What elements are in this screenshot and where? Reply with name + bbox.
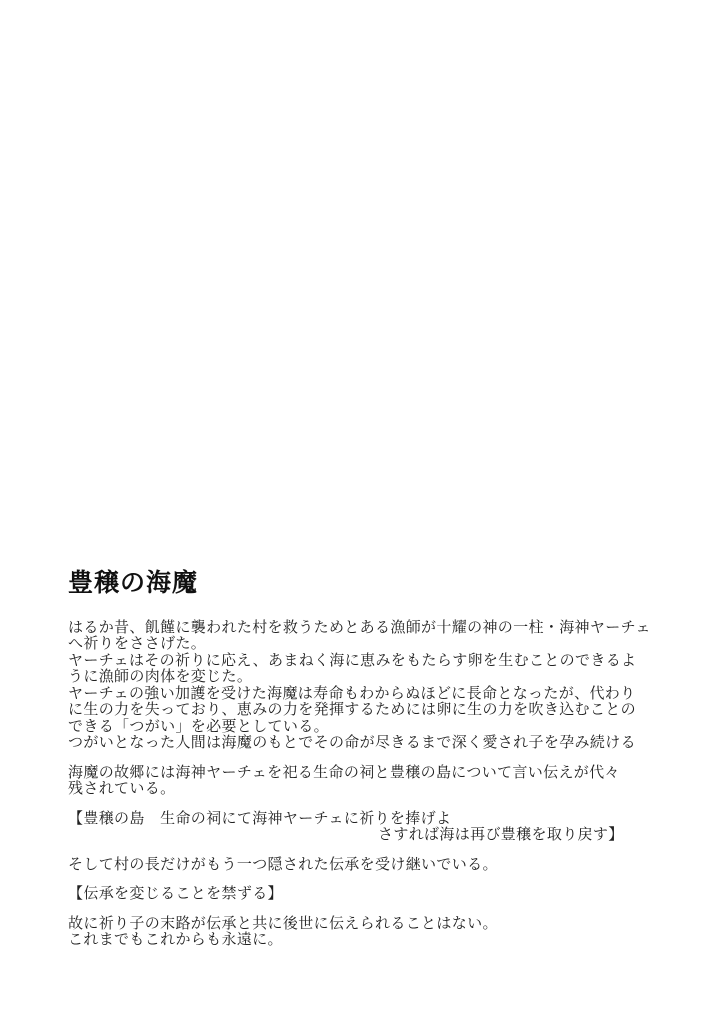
- paragraph-hidden-lore: そして村の長だけがもう一つ隠された伝承を受け継いでいる。: [68, 857, 688, 874]
- text-line: 【豊穣の島 生命の祠にて海神ヤーチェに祈りを捧げよ: [68, 811, 688, 828]
- text-line: 海魔の故郷には海神ヤーチェを祀る生命の祠と豊穣の島について言い伝えが代々: [68, 765, 688, 782]
- paragraph-legend-quote: 【豊穣の島 生命の祠にて海神ヤーチェに祈りを捧げよ さすれば海は再び豊穣を取り戻…: [68, 811, 688, 844]
- text-line: つがいとなった人間は海魔のもとでその命が尽きるまで深く愛され子を孕み続ける: [68, 735, 688, 752]
- paragraph-forbidden-quote: 【伝承を変じることを禁ずる】: [68, 886, 688, 903]
- text-line: うに漁師の肉体を変じた。: [68, 669, 688, 686]
- text-line: さすれば海は再び豊穣を取り戻す】: [378, 827, 688, 844]
- paragraph-legend: 海魔の故郷には海神ヤーチェを祀る生命の祠と豊穣の島について言い伝えが代々 残され…: [68, 765, 688, 798]
- text-line: へ祈りをささげた。: [68, 636, 688, 653]
- text-line: ヤーチェの強い加護を受けた海魔は寿命もわからぬほどに長命となったが、代わり: [68, 686, 688, 703]
- text-line: に生の力を失っており、恵みの力を発揮するためには卵に生の力を吹き込むことの: [68, 702, 688, 719]
- text-line: はるか昔、飢饉に襲われた村を救うためとある漁師が十耀の神の一柱・海神ヤーチェ: [68, 620, 688, 637]
- text-line: 残されている。: [68, 781, 688, 798]
- text-line: これまでもこれからも永遠に。: [68, 932, 688, 949]
- text-line: 故に祈り子の末路が伝承と共に後世に伝えられることはない。: [68, 916, 688, 933]
- text-line: ヤーチェはその祈りに応え、あまねく海に恵みをもたらす卵を生むことのできるよ: [68, 653, 688, 670]
- text-line: できる「つがい」を必要としている。: [68, 719, 688, 736]
- document-page: 豊穣の海魔 はるか昔、飢饉に襲われた村を救うためとある漁師が十耀の神の一柱・海神…: [0, 0, 720, 1016]
- text-line: そして村の長だけがもう一つ隠された伝承を受け継いでいる。: [68, 857, 688, 874]
- paragraph-intro: はるか昔、飢饉に襲われた村を救うためとある漁師が十耀の神の一柱・海神ヤーチェ へ…: [68, 620, 688, 752]
- text-line: 【伝承を変じることを禁ずる】: [68, 886, 688, 903]
- document-content: 豊穣の海魔 はるか昔、飢饉に襲われた村を救うためとある漁師が十耀の神の一柱・海神…: [68, 570, 688, 962]
- page-title: 豊穣の海魔: [68, 570, 688, 598]
- paragraph-closing: 故に祈り子の末路が伝承と共に後世に伝えられることはない。 これまでもこれからも永…: [68, 916, 688, 949]
